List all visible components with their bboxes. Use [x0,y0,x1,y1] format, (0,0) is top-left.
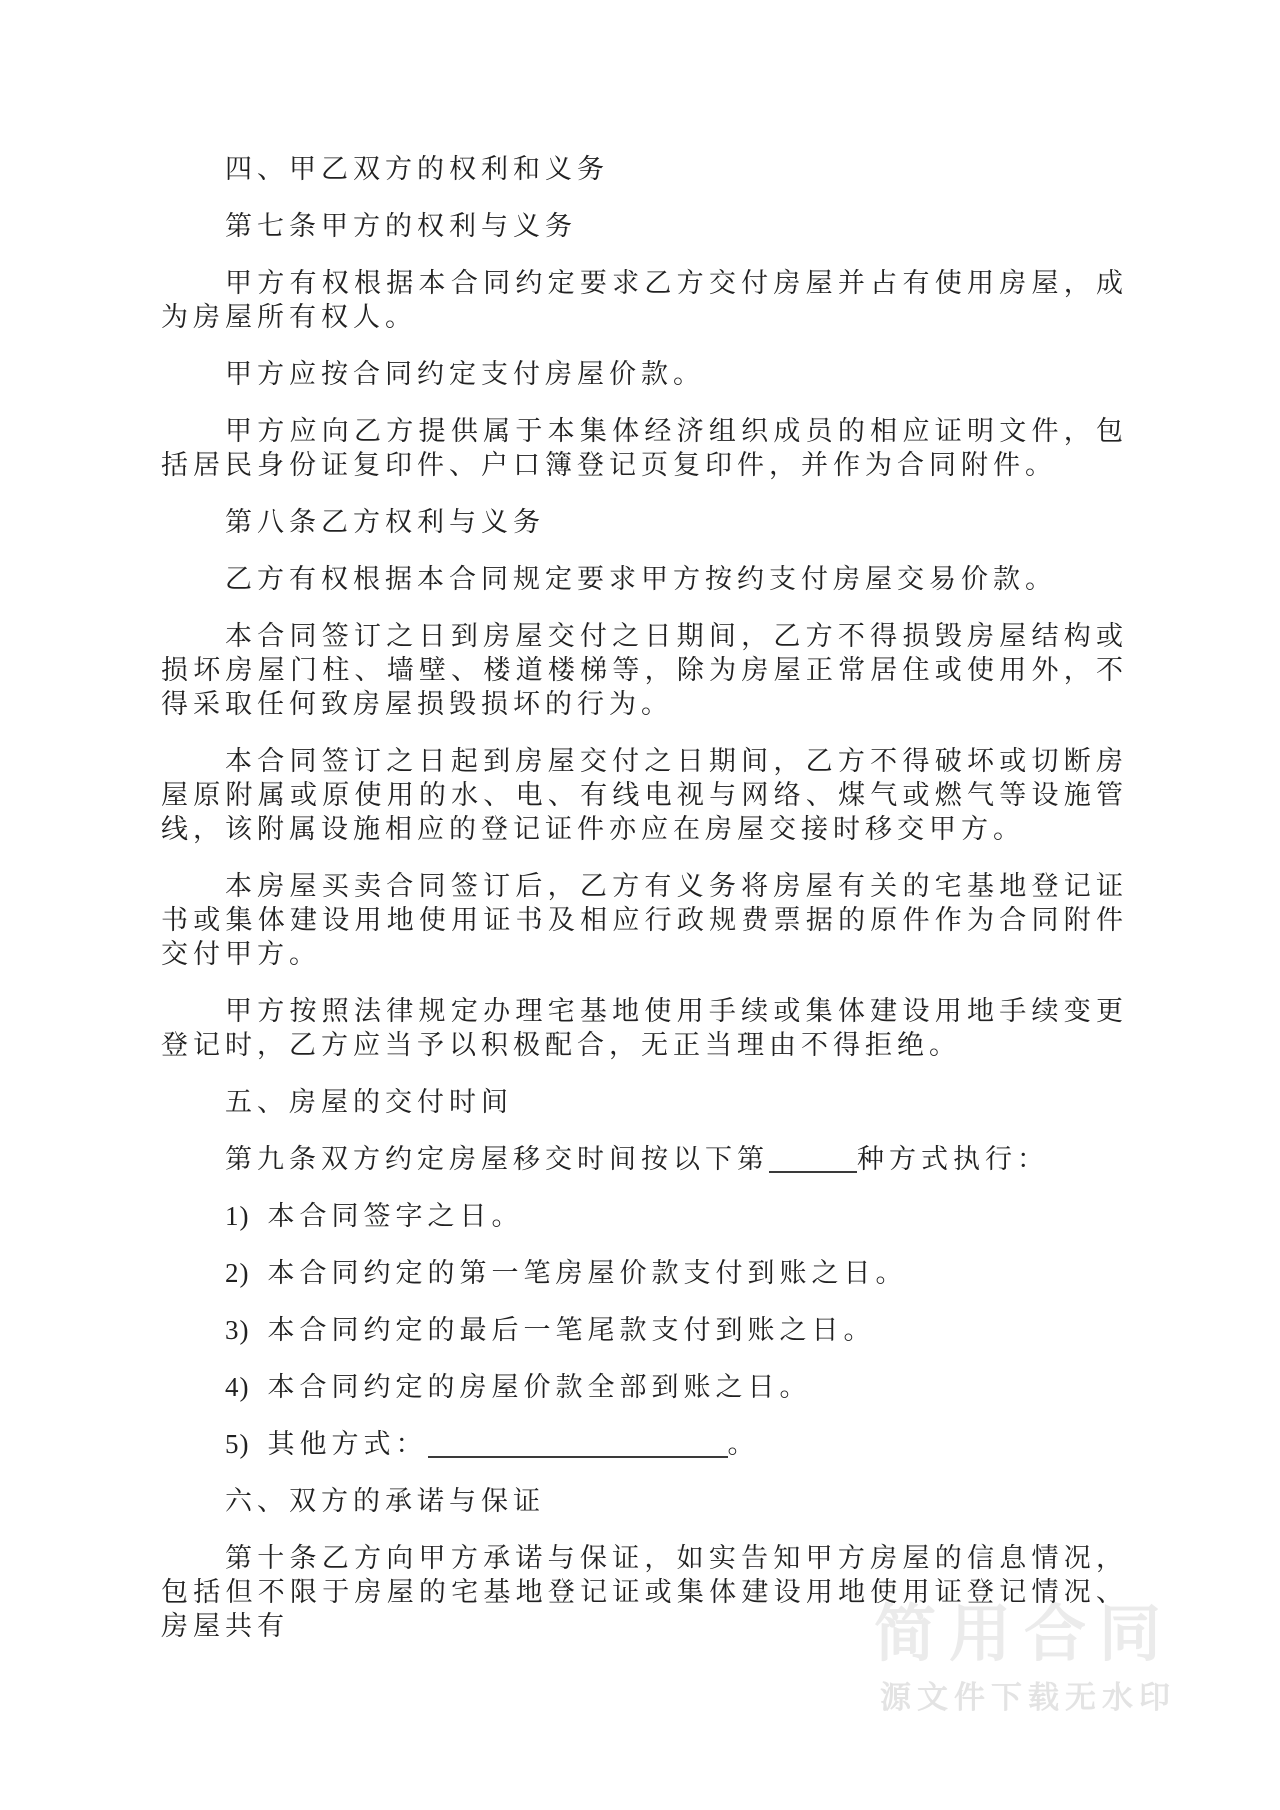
clause-paragraph: 本合同签订之日到房屋交付之日期间，乙方不得损毁房屋结构或损坏房屋门柱、墙壁、楼道… [161,619,1128,721]
list-item-text: 本合同签字之日。 [268,1201,524,1231]
clause-paragraph: 本合同签订之日起到房屋交付之日期间，乙方不得破坏或切断房屋原附属或原使用的水、电… [161,744,1128,846]
section-heading: 第八条乙方权利与义务 [161,505,1128,539]
blank-prefix-text: 其他方式： [268,1429,428,1459]
clause-paragraph: 第十条乙方向甲方承诺与保证，如实告知甲方房屋的信息情况，包括但不限于房屋的宅基地… [161,1541,1128,1643]
clause-paragraph: 甲方应向乙方提供属于本集体经济组织成员的相应证明文件，包括居民身份证复印件、户口… [161,414,1128,482]
clause-paragraph: 甲方应按合同约定支付房屋价款。 [161,357,1128,391]
clause-paragraph: 本房屋买卖合同签订后，乙方有义务将房屋有关的宅基地登记证书或集体建设用地使用证书… [161,869,1128,971]
section-heading: 第七条甲方的权利与义务 [161,209,1128,243]
list-marker: 4) [225,1372,250,1402]
watermark-subtitle: 源文件下载无水印 [880,1672,1176,1717]
document-page: 四、甲乙双方的权利和义务第七条甲方的权利与义务甲方有权根据本合同约定要求乙方交付… [0,0,1280,1810]
blank-suffix-text: 。 [728,1429,760,1459]
list-item: 1)本合同签字之日。 [161,1199,1128,1233]
clause-paragraph: 乙方有权根据本合同规定要求甲方按约支付房屋交易价款。 [161,562,1128,596]
section-heading: 六、双方的承诺与保证 [161,1484,1128,1518]
blank-prefix-text: 第九条双方约定房屋移交时间按以下第 [225,1144,769,1174]
section-heading: 五、房屋的交付时间 [161,1085,1128,1119]
list-item: 3)本合同约定的最后一笔尾款支付到账之日。 [161,1313,1128,1347]
section-heading: 四、甲乙双方的权利和义务 [161,152,1128,186]
fill-in-blank-line [428,1448,728,1458]
fill-in-blank-line [769,1163,857,1173]
list-marker: 1) [225,1201,250,1231]
clause-paragraph: 甲方有权根据本合同约定要求乙方交付房屋并占有使用房屋，成为房屋所有权人。 [161,266,1128,334]
list-item: 5)其他方式：。 [161,1427,1128,1461]
blank-suffix-text: 种方式执行： [857,1144,1049,1174]
list-marker: 3) [225,1315,250,1345]
list-marker: 5) [225,1429,250,1459]
list-item: 2)本合同约定的第一笔房屋价款支付到账之日。 [161,1256,1128,1290]
list-marker: 2) [225,1258,250,1288]
list-item: 4)本合同约定的房屋价款全部到账之日。 [161,1370,1128,1404]
contract-body: 四、甲乙双方的权利和义务第七条甲方的权利与义务甲方有权根据本合同约定要求乙方交付… [161,152,1128,1643]
clause-paragraph: 甲方按照法律规定办理宅基地使用手续或集体建设用地手续变更登记时，乙方应当予以积极… [161,994,1128,1062]
list-item-text: 本合同约定的房屋价款全部到账之日。 [268,1372,812,1402]
list-item-text: 本合同约定的最后一笔尾款支付到账之日。 [268,1315,876,1345]
clause-paragraph: 第九条双方约定房屋移交时间按以下第种方式执行： [161,1142,1128,1176]
list-item-text: 本合同约定的第一笔房屋价款支付到账之日。 [268,1258,908,1288]
